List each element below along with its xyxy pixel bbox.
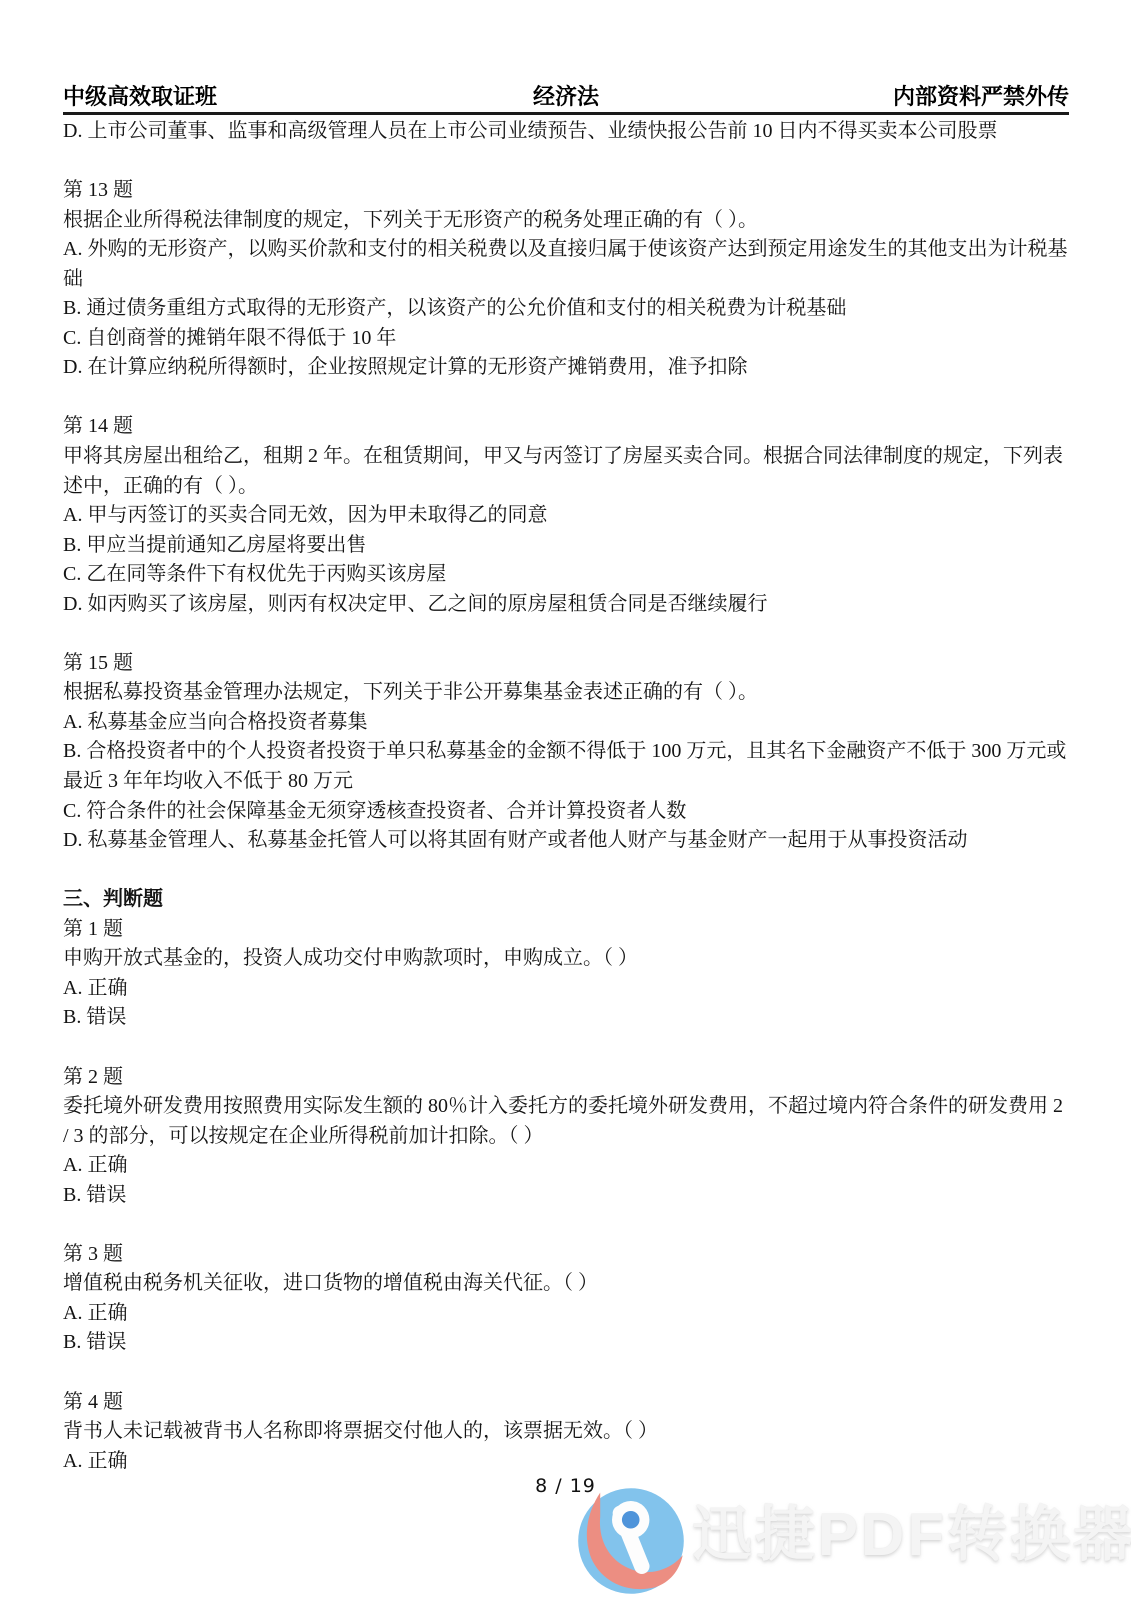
option-line: A. 外购的无形资产，以购买价款和支付的相关税费以及直接归属于使该资产达到预定用… xyxy=(63,235,1073,265)
header-course-name: 中级高效取证班 xyxy=(63,84,398,110)
question-number: 第 13 题 xyxy=(63,176,1073,206)
option-line: A. 正确 xyxy=(63,1299,1073,1329)
page-header: 中级高效取证班 经济法 内部资料严禁外传 xyxy=(63,84,1069,110)
option-line: B. 错误 xyxy=(63,1181,1073,1211)
option-line: B. 通过债务重组方式取得的无形资产，以该资产的公允价值和支付的相关税费为计税基… xyxy=(63,294,1073,324)
option-line: D. 如丙购买了该房屋，则丙有权决定甲、乙之间的原房屋租赁合同是否继续履行 xyxy=(63,590,1073,620)
option-line: A. 正确 xyxy=(63,1447,1073,1477)
option-line: B. 甲应当提前通知乙房屋将要出售 xyxy=(63,531,1073,561)
option-line: A. 正确 xyxy=(63,1151,1073,1181)
question-text: / 3 的部分，可以按规定在企业所得税前加计扣除。（ ） xyxy=(63,1122,1073,1152)
question-text: 甲将其房屋出租给乙，租期 2 年。在租赁期间，甲又与丙签订了房屋买卖合同。根据合… xyxy=(63,442,1073,472)
option-line: D. 上市公司董事、监事和高级管理人员在上市公司业绩预告、业绩快报公告前 10 … xyxy=(63,117,1073,147)
question-text: 增值税由税务机关征收，进口货物的增值税由海关代征。（ ） xyxy=(63,1269,1073,1299)
question-text: 根据私募投资基金管理办法规定，下列关于非公开募集基金表述正确的有（ ）。 xyxy=(63,678,1073,708)
option-line: B. 错误 xyxy=(63,1328,1073,1358)
option-line: C. 乙在同等条件下有权优先于丙购买该房屋 xyxy=(63,560,1073,590)
document-page: 中级高效取证班 经济法 内部资料严禁外传 D. 上市公司董事、监事和高级管理人员… xyxy=(0,0,1131,1600)
option-line: A. 私募基金应当向合格投资者募集 xyxy=(63,708,1073,738)
section-heading: 三、判断题 xyxy=(63,885,1073,915)
header-notice: 内部资料严禁外传 xyxy=(734,84,1069,110)
watermark-text: 迅捷PDF转换器 xyxy=(692,1487,1131,1573)
question-text: 委托境外研发费用按照费用实际发生额的 80％计入委托方的委托境外研发费用，不超过… xyxy=(63,1092,1073,1122)
question-text: 申购开放式基金的，投资人成功交付申购款项时，申购成立。（ ） xyxy=(63,944,1073,974)
header-divider xyxy=(63,112,1069,115)
question-number: 第 15 题 xyxy=(63,649,1073,679)
option-line: C. 自创商誉的摊销年限不得低于 10 年 xyxy=(63,324,1073,354)
option-line: C. 符合条件的社会保障基金无须穿透核查投资者、合并计算投资者人数 xyxy=(63,797,1073,827)
pdf-converter-logo-icon xyxy=(576,1486,686,1596)
option-line: A. 正确 xyxy=(63,974,1073,1004)
question-text: 最近 3 年年均收入不低于 80 万元 xyxy=(63,767,1073,797)
document-body: D. 上市公司董事、监事和高级管理人员在上市公司业绩预告、业绩快报公告前 10 … xyxy=(63,117,1073,1476)
question-number: 第 3 题 xyxy=(63,1240,1073,1270)
question-text: 背书人未记载被背书人名称即将票据交付他人的，该票据无效。（ ） xyxy=(63,1417,1073,1447)
question-number: 第 1 题 xyxy=(63,915,1073,945)
option-line: B. 合格投资者中的个人投资者投资于单只私募基金的金额不得低于 100 万元，且… xyxy=(63,737,1073,767)
watermark: 迅捷PDF转换器 xyxy=(576,1486,1131,1596)
question-number: 第 4 题 xyxy=(63,1388,1073,1418)
question-number: 第 2 题 xyxy=(63,1063,1073,1093)
question-text: 础 xyxy=(63,265,1073,295)
option-line: A. 甲与丙签订的买卖合同无效，因为甲未取得乙的同意 xyxy=(63,501,1073,531)
option-line: B. 错误 xyxy=(63,1003,1073,1033)
option-line: D. 在计算应纳税所得额时，企业按照规定计算的无形资产摊销费用，准予扣除 xyxy=(63,353,1073,383)
question-text: 根据企业所得税法律制度的规定，下列关于无形资产的税务处理正确的有（ ）。 xyxy=(63,206,1073,236)
header-subject: 经济法 xyxy=(398,84,733,110)
question-number: 第 14 题 xyxy=(63,412,1073,442)
question-text: 述中，正确的有（ ）。 xyxy=(63,472,1073,502)
option-line: D. 私募基金管理人、私募基金托管人可以将其固有财产或者他人财产与基金财产一起用… xyxy=(63,826,1073,856)
